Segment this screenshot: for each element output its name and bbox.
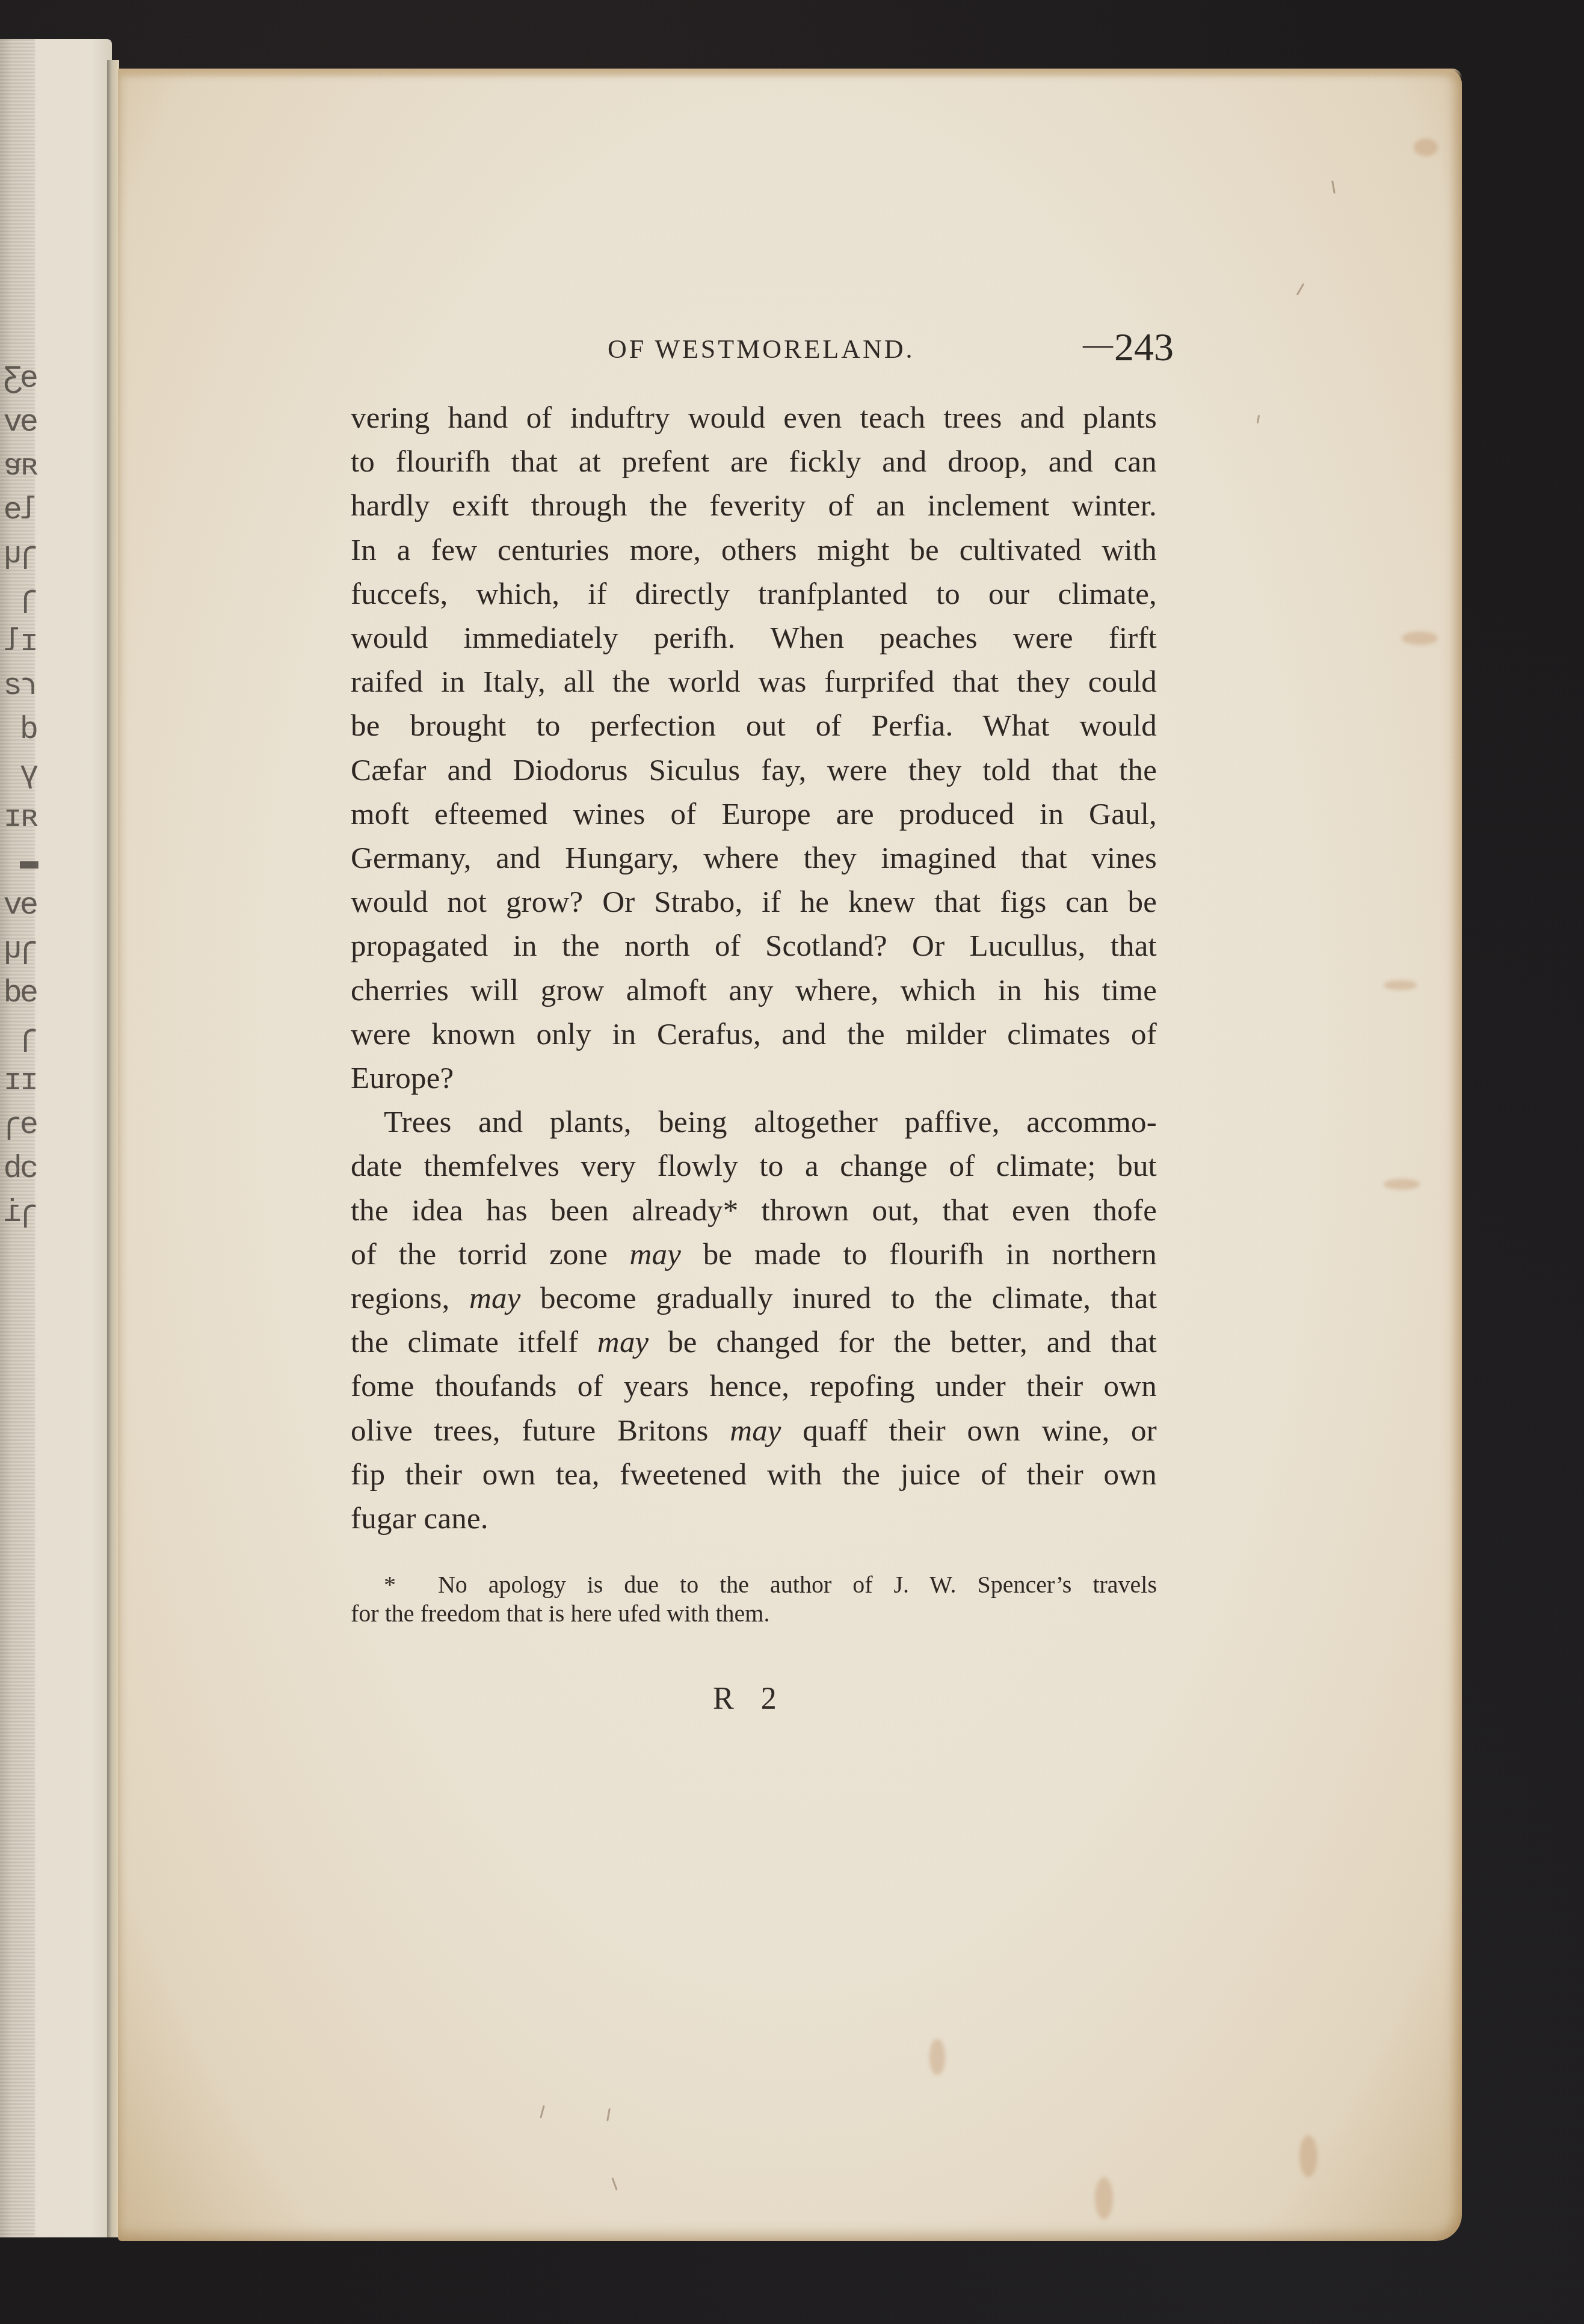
bleed-through-glyph: ▬ (2, 844, 39, 879)
text-line: to flourifh that at prefent are fickly a… (351, 444, 1157, 480)
italic-emphasis: may (469, 1282, 521, 1315)
foxing-spot (1095, 2177, 1113, 2219)
bleed-through-glyph: ᴙɪ (2, 800, 39, 835)
foxing-spot (1384, 980, 1417, 990)
page-number-dash: — (1083, 327, 1113, 361)
text-line: propagated in the north of Scotland? Or … (351, 928, 1157, 964)
text-line: olive trees, future Britons may quaff th… (351, 1413, 1157, 1449)
text-line: fuccefs, which, if directly tranfplanted… (351, 576, 1157, 612)
text-line: would immediately perifh. When peaches w… (351, 620, 1157, 656)
text-line: fugar cane. (351, 1501, 1157, 1537)
text-line: fome thoufands of years hence, repofing … (351, 1368, 1157, 1404)
italic-emphasis: may (730, 1414, 781, 1448)
text-line: be brought to perfection out of Perfia. … (351, 708, 1157, 744)
signature-mark: R 2 (713, 1681, 786, 1717)
text-line: were known only in Cerafus, and the mild… (351, 1016, 1157, 1053)
text-line: Trees and plants, being altogether paffi… (351, 1104, 1157, 1140)
text-line: the idea has been already* thrown out, t… (351, 1193, 1157, 1229)
text-line: moft efteemed wines of Europe are produc… (351, 796, 1157, 832)
bleed-through-glyph: ɾƨ (2, 668, 39, 704)
italic-emphasis: may (597, 1326, 649, 1359)
bleed-through-glyph: ɿi (2, 1195, 39, 1231)
text-run: regions, (351, 1282, 469, 1315)
text-line: vering hand of induftry would even teach… (351, 400, 1157, 436)
bleed-through-glyph: ɘv (2, 888, 39, 923)
text-line: date themfelves very flowly to a change … (351, 1148, 1157, 1184)
bleed-through-glyph: d (2, 712, 39, 748)
text-line: Europe? (351, 1060, 1157, 1096)
bleed-through-glyph: ɘƷ (2, 361, 39, 396)
foxing-spot (1414, 138, 1438, 156)
foxing-spot (1299, 2135, 1317, 2177)
bleed-through-glyph: ɿɥ (2, 536, 39, 572)
text-line: Cæfar and Diodorus Siculus fay, were the… (351, 752, 1157, 788)
text-run: be made to flourifh in northern (681, 1238, 1157, 1271)
text-line: Germany, and Hungary, where they imagine… (351, 840, 1157, 876)
bleed-through-glyph: ᴙɐ (2, 449, 39, 484)
text-run: become gradually inured to the climate, … (521, 1282, 1157, 1315)
text-line: raifed in Italy, all the world was furpr… (351, 664, 1157, 700)
bleed-through-glyph: ɿ (2, 580, 39, 616)
text-line: would not grow? Or Strabo, if he knew th… (351, 884, 1157, 920)
page-number-value: 243 (1114, 325, 1174, 369)
bleed-through-glyph: ɿ (2, 1019, 39, 1055)
bleed-through-glyph: lɘ (2, 493, 39, 528)
text-run: of the torrid zone (351, 1238, 630, 1271)
bleed-through-glyph: γ (2, 756, 39, 792)
footnote-line-1: * No apology is due to the author of J. … (351, 1571, 1157, 1599)
text-run: olive trees, future Britons (351, 1414, 730, 1448)
running-head: OF WESTMORELAND. (608, 334, 915, 364)
text-line: of the torrid zone may be made to flouri… (351, 1237, 1157, 1273)
bleed-through-glyph: ɿɥ (2, 932, 39, 967)
footnote-line-2: for the freedom that is here ufed with t… (351, 1600, 1157, 1628)
text-run: be changed for the better, and that (649, 1326, 1157, 1359)
foxing-spot (1402, 632, 1438, 645)
text-line: fip their own tea, fweetened with the ju… (351, 1457, 1157, 1493)
text-line: In a few centuries more, others might be… (351, 532, 1157, 568)
bleed-through-glyph: ɘd (2, 976, 39, 1011)
text-run: the climate itfelf (351, 1326, 597, 1359)
bleed-through-glyph: ɘɿ (2, 1107, 39, 1143)
bleed-through-glyph: ɔb (2, 1151, 39, 1187)
text-line: cherries will grow almoft any where, whi… (351, 973, 1157, 1009)
text-line: regions, may become gradually inured to … (351, 1280, 1157, 1317)
bleed-through-glyph: ɪɪ (2, 1063, 39, 1099)
text-line: hardly exift through the feverity of an … (351, 488, 1157, 524)
foxing-spot (1384, 1179, 1420, 1190)
bleed-through-glyph: ɪl (2, 624, 39, 660)
footnote-marker: * (384, 1571, 396, 1598)
book-gutter (107, 60, 119, 2237)
italic-emphasis: may (630, 1238, 682, 1271)
text-run: quaff their own wine, or (781, 1414, 1157, 1448)
bleed-through-glyph: ɘv (2, 405, 39, 440)
page-number: —243 (1083, 325, 1174, 370)
page-top-edge (118, 69, 1462, 78)
text-line: the climate itfelf may be changed for th… (351, 1324, 1157, 1360)
foxing-spot (929, 2039, 945, 2075)
footnote-text-1: No apology is due to the author of J. W.… (438, 1571, 1157, 1598)
